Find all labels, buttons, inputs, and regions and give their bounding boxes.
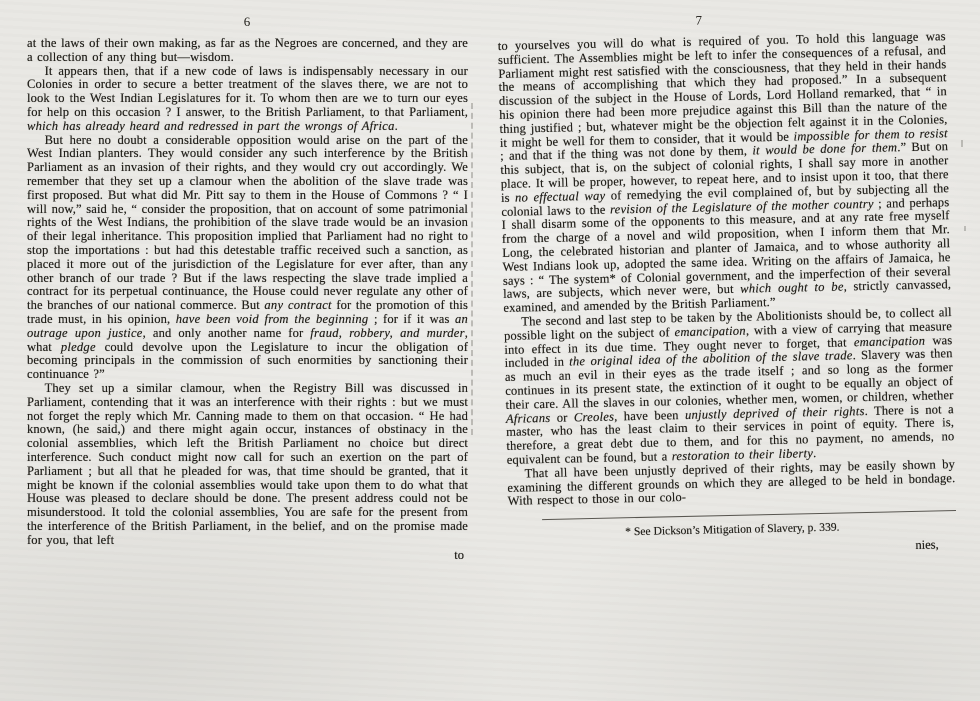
- page-right: 7 to yourselves you will do what is requ…: [497, 8, 957, 561]
- page-left: 6 at the laws of their own making, as fa…: [27, 15, 468, 562]
- paragraph: at the laws of their own making, as far …: [27, 37, 468, 65]
- paragraph: It appears then, that if a new code of l…: [27, 65, 468, 134]
- right-page-text: to yourselves you will do what is requir…: [498, 30, 956, 509]
- paragraph: That all have been unjustly deprived of …: [507, 458, 956, 509]
- book-scan: 6 at the laws of their own making, as fa…: [0, 0, 980, 701]
- catchword-left: to: [27, 548, 468, 562]
- scan-speck: [961, 140, 963, 147]
- catchword-right: nies,: [509, 537, 957, 561]
- paragraph: But here no doubt a considerable opposit…: [27, 134, 468, 382]
- left-page-text: at the laws of their own making, as far …: [27, 37, 468, 547]
- footnote: * See Dickson’s Mitigation of Slavery, p…: [508, 518, 956, 541]
- paragraph: to yourselves you will do what is requir…: [498, 30, 952, 316]
- page-number-left: 6: [27, 15, 468, 29]
- paragraph: They set up a similar clamour, when the …: [27, 382, 468, 548]
- paragraph: The second and last step to be taken by …: [504, 306, 955, 468]
- page-number-right: 7: [497, 9, 901, 32]
- scan-speck: [964, 226, 966, 231]
- gutter-binding-marks: [471, 103, 473, 435]
